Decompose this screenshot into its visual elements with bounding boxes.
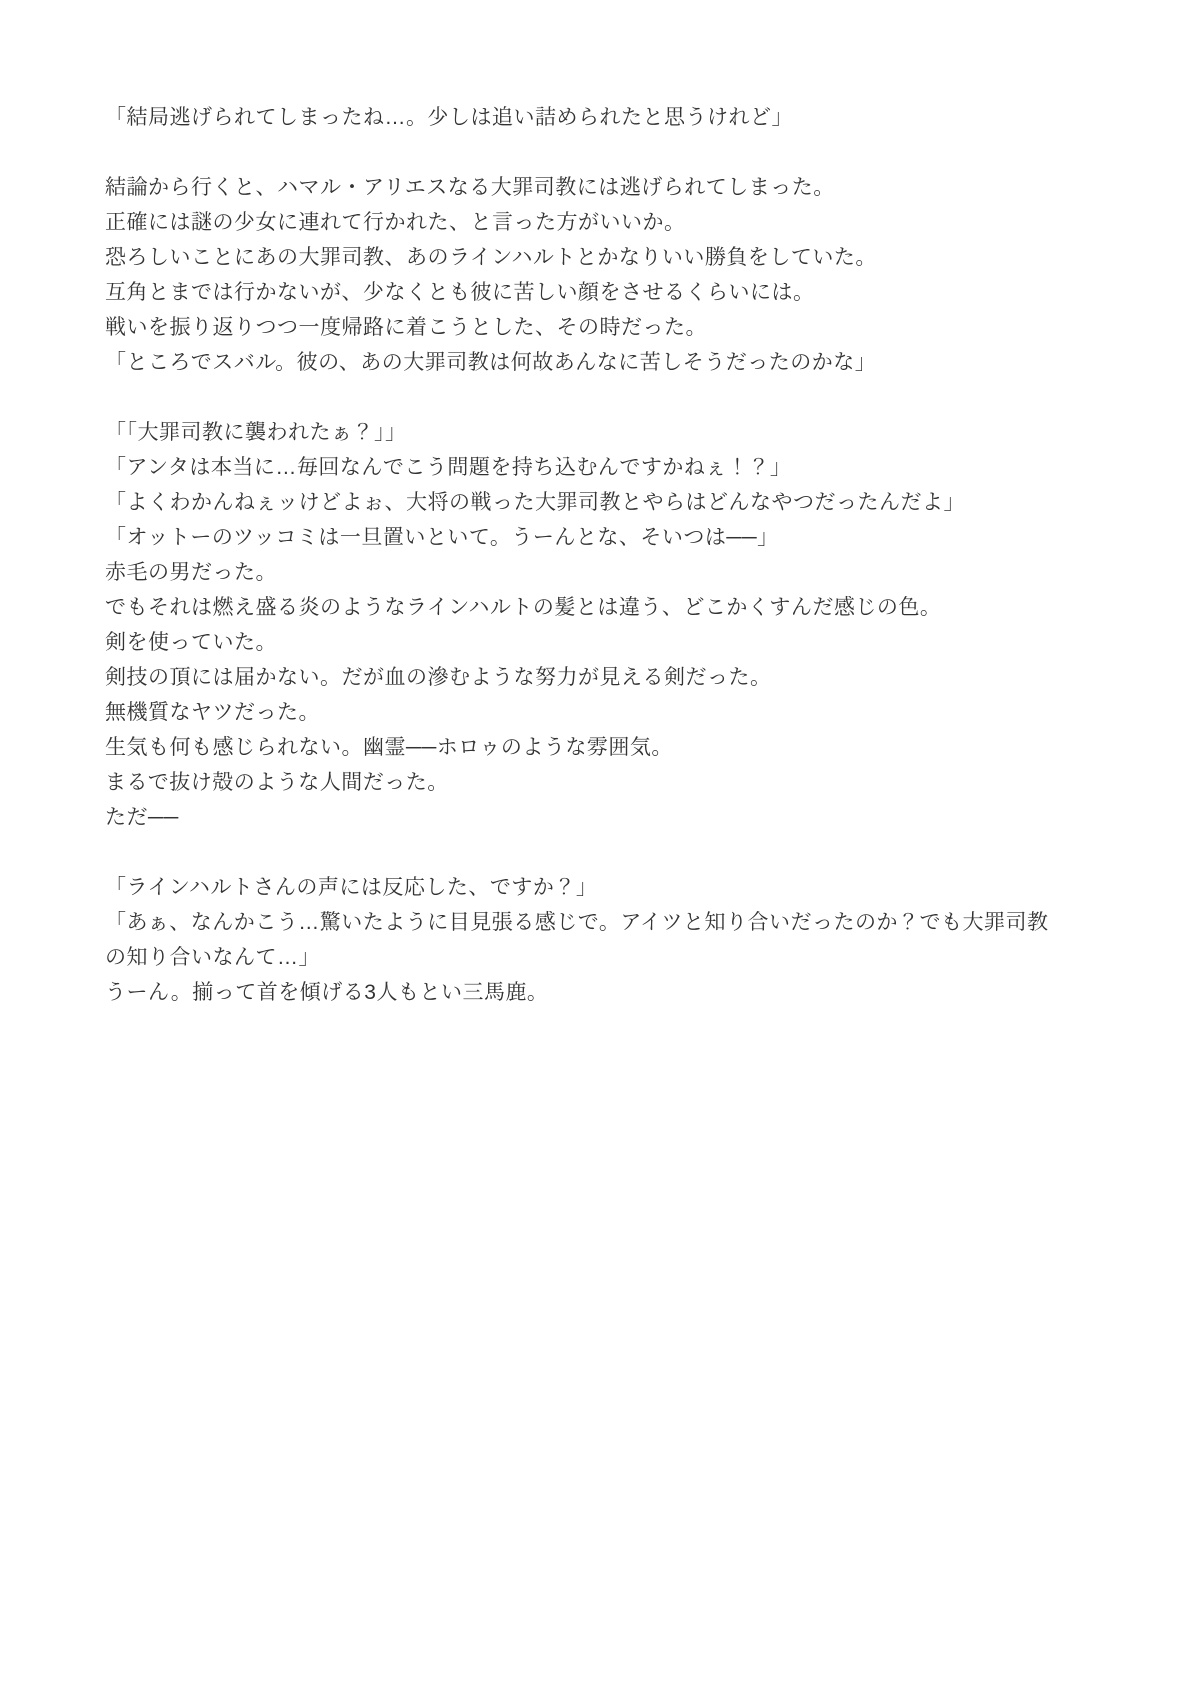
paragraph: 結論から行くと、ハマル・アリエスなる大罪司教には逃げられてしまった。正確には謎の… [105,170,1105,380]
text-line: 無機質なヤツだった。 [105,695,1105,730]
paragraph: 「「大罪司教に襲われたぁ？」」「アンタは本当に…毎回なんでこう問題を持ち込むんで… [105,415,1105,835]
text-line: 「よくわかんねぇッけどよぉ、大将の戦った大罪司教とやらはどんなやつだったんだよ」 [105,485,1105,520]
text-line: 剣を使っていた。 [105,625,1105,660]
document-page: 「結局逃げられてしまったね…。少しは追い詰められたと思うけれど」結論から行くと、… [0,0,1190,1683]
text-line: 赤毛の男だった。 [105,555,1105,590]
paragraph: 「ラインハルトさんの声には反応した、ですか？」「あぁ、なんかこう…驚いたように目… [105,870,1105,1010]
text-line: 「ラインハルトさんの声には反応した、ですか？」 [105,870,1105,905]
text-line: でもそれは燃え盛る炎のようなラインハルトの髪とは違う、どこかくすんだ感じの色。 [105,590,1105,625]
text-line: 「ところでスバル。彼の、あの大罪司教は何故あんなに苦しそうだったのかな」 [105,345,1105,380]
text-line: の知り合いなんて…」 [105,940,1105,975]
text-line: 互角とまでは行かないが、少なくとも彼に苦しい顔をさせるくらいには。 [105,275,1105,310]
text-line: 剣技の頂には届かない。だが血の滲むような努力が見える剣だった。 [105,660,1105,695]
text-line: うーん。揃って首を傾げる3人もとい三馬鹿。 [105,975,1105,1010]
text-line: ただ── [105,800,1105,835]
text-line: 「「大罪司教に襲われたぁ？」」 [105,415,1105,450]
prose-text-block: 「結局逃げられてしまったね…。少しは追い詰められたと思うけれど」結論から行くと、… [105,100,1105,1010]
text-line: 生気も何も感じられない。幽霊──ホロゥのような雰囲気。 [105,730,1105,765]
text-line: まるで抜け殻のような人間だった。 [105,765,1105,800]
text-line: 「アンタは本当に…毎回なんでこう問題を持ち込むんですかねぇ！？」 [105,450,1105,485]
text-line: 「結局逃げられてしまったね…。少しは追い詰められたと思うけれど」 [105,100,1105,135]
text-line: 戦いを振り返りつつ一度帰路に着こうとした、その時だった。 [105,310,1105,345]
text-line: 「あぁ、なんかこう…驚いたように目見張る感じで。アイツと知り合いだったのか？でも… [105,905,1105,940]
text-line: 結論から行くと、ハマル・アリエスなる大罪司教には逃げられてしまった。 [105,170,1105,205]
text-line: 「オットーのツッコミは一旦置いといて。うーんとな、そいつは──」 [105,520,1105,555]
text-line: 正確には謎の少女に連れて行かれた、と言った方がいいか。 [105,205,1105,240]
paragraph: 「結局逃げられてしまったね…。少しは追い詰められたと思うけれど」 [105,100,1105,135]
text-line: 恐ろしいことにあの大罪司教、あのラインハルトとかなりいい勝負をしていた。 [105,240,1105,275]
